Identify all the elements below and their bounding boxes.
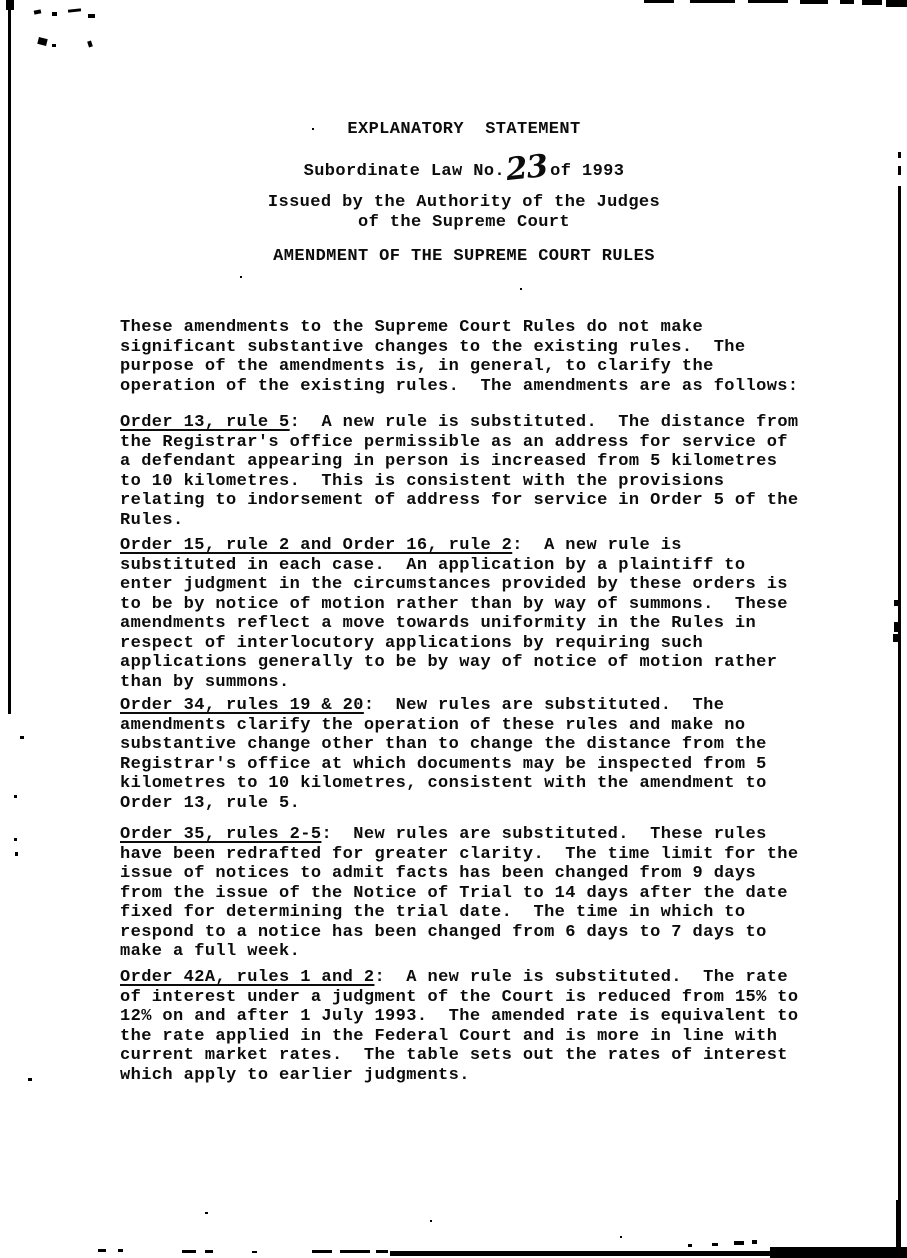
scan-speck (376, 1250, 388, 1253)
issued-by-block: Issued by the Authority of the Judgesof … (108, 193, 820, 232)
scan-edge-left (8, 0, 11, 714)
scan-speck (898, 166, 901, 175)
scan-speck (800, 0, 828, 4)
scan-edge-right (898, 186, 901, 1258)
scan-speck (28, 1078, 32, 1081)
law-number-suffix: of 1993 (550, 162, 624, 181)
section-heading: Order 35, rules 2-5 (120, 825, 321, 844)
scan-speck (182, 1250, 196, 1253)
scan-speck (87, 41, 93, 48)
scan-speck (52, 44, 56, 47)
scan-speck (98, 1249, 106, 1252)
scan-speck (520, 288, 522, 290)
scan-speck (52, 12, 57, 16)
section-order-15-16: Order 15, rule 2 and Order 16, rule 2: A… (120, 536, 836, 692)
subject-heading: AMENDMENT OF THE SUPREME COURT RULES (108, 247, 820, 267)
scan-speck (6, 0, 14, 10)
scan-speck (620, 1236, 622, 1238)
scan-speck (20, 736, 24, 739)
section-heading: Order 34, rules 19 & 20 (120, 696, 364, 715)
scan-speck (840, 0, 854, 4)
scan-speck (690, 0, 735, 3)
scan-speck (37, 37, 47, 46)
scan-speck (894, 600, 898, 606)
scan-speck (88, 14, 95, 18)
section-order-13: Order 13, rule 5: A new rule is substitu… (120, 413, 836, 530)
section-heading: Order 13, rule 5 (120, 413, 290, 432)
section-body: : A new rule is substituted in each case… (120, 536, 788, 692)
scan-speck (205, 1212, 208, 1214)
scan-speck (15, 852, 18, 856)
scan-speck (770, 1247, 907, 1258)
scan-speck (118, 1249, 123, 1252)
section-heading: Order 42A, rules 1 and 2 (120, 968, 374, 987)
scan-speck (886, 0, 907, 7)
scan-speck (14, 838, 17, 841)
section-body: : New rules are substituted. These rules… (120, 825, 799, 961)
handwritten-law-number: 23 (505, 151, 549, 186)
scan-speck (688, 1244, 692, 1247)
document-title: EXPLANATORY STATEMENT (108, 120, 820, 140)
scan-speck (34, 9, 42, 14)
scan-speck (898, 152, 901, 158)
scan-speck (430, 1220, 432, 1222)
section-order-34: Order 34, rules 19 & 20: New rules are s… (120, 696, 836, 813)
scan-speck (252, 1251, 257, 1253)
scan-speck (205, 1250, 213, 1253)
law-number-line: Subordinate Law No.23of 1993 (108, 150, 820, 182)
scan-speck (734, 1241, 744, 1245)
intro-paragraph: These amendments to the Supreme Court Ru… (120, 318, 836, 396)
section-heading: Order 15, rule 2 and Order 16, rule 2 (120, 536, 512, 555)
scan-speck (312, 1250, 332, 1253)
issued-by-line1: Issued by the Authority of the Judges (268, 193, 660, 212)
scan-speck (240, 276, 242, 278)
section-order-42a: Order 42A, rules 1 and 2: A new rule is … (120, 968, 836, 1085)
scanned-document-page: EXPLANATORY STATEMENT Subordinate Law No… (0, 0, 907, 1258)
scan-speck (68, 8, 81, 12)
scan-speck (644, 0, 674, 3)
scan-speck (752, 1240, 757, 1244)
scan-speck (712, 1243, 718, 1246)
issued-by-line2: of the Supreme Court (358, 213, 570, 232)
scan-speck (748, 0, 788, 3)
scan-speck (14, 795, 17, 798)
scan-speck (862, 0, 882, 5)
scan-speck (893, 634, 898, 642)
scan-speck (312, 128, 314, 130)
section-order-35: Order 35, rules 2-5: New rules are subst… (120, 825, 836, 962)
scan-speck (894, 622, 898, 632)
law-number-prefix: Subordinate Law No. (304, 162, 505, 181)
scan-speck (340, 1250, 370, 1253)
